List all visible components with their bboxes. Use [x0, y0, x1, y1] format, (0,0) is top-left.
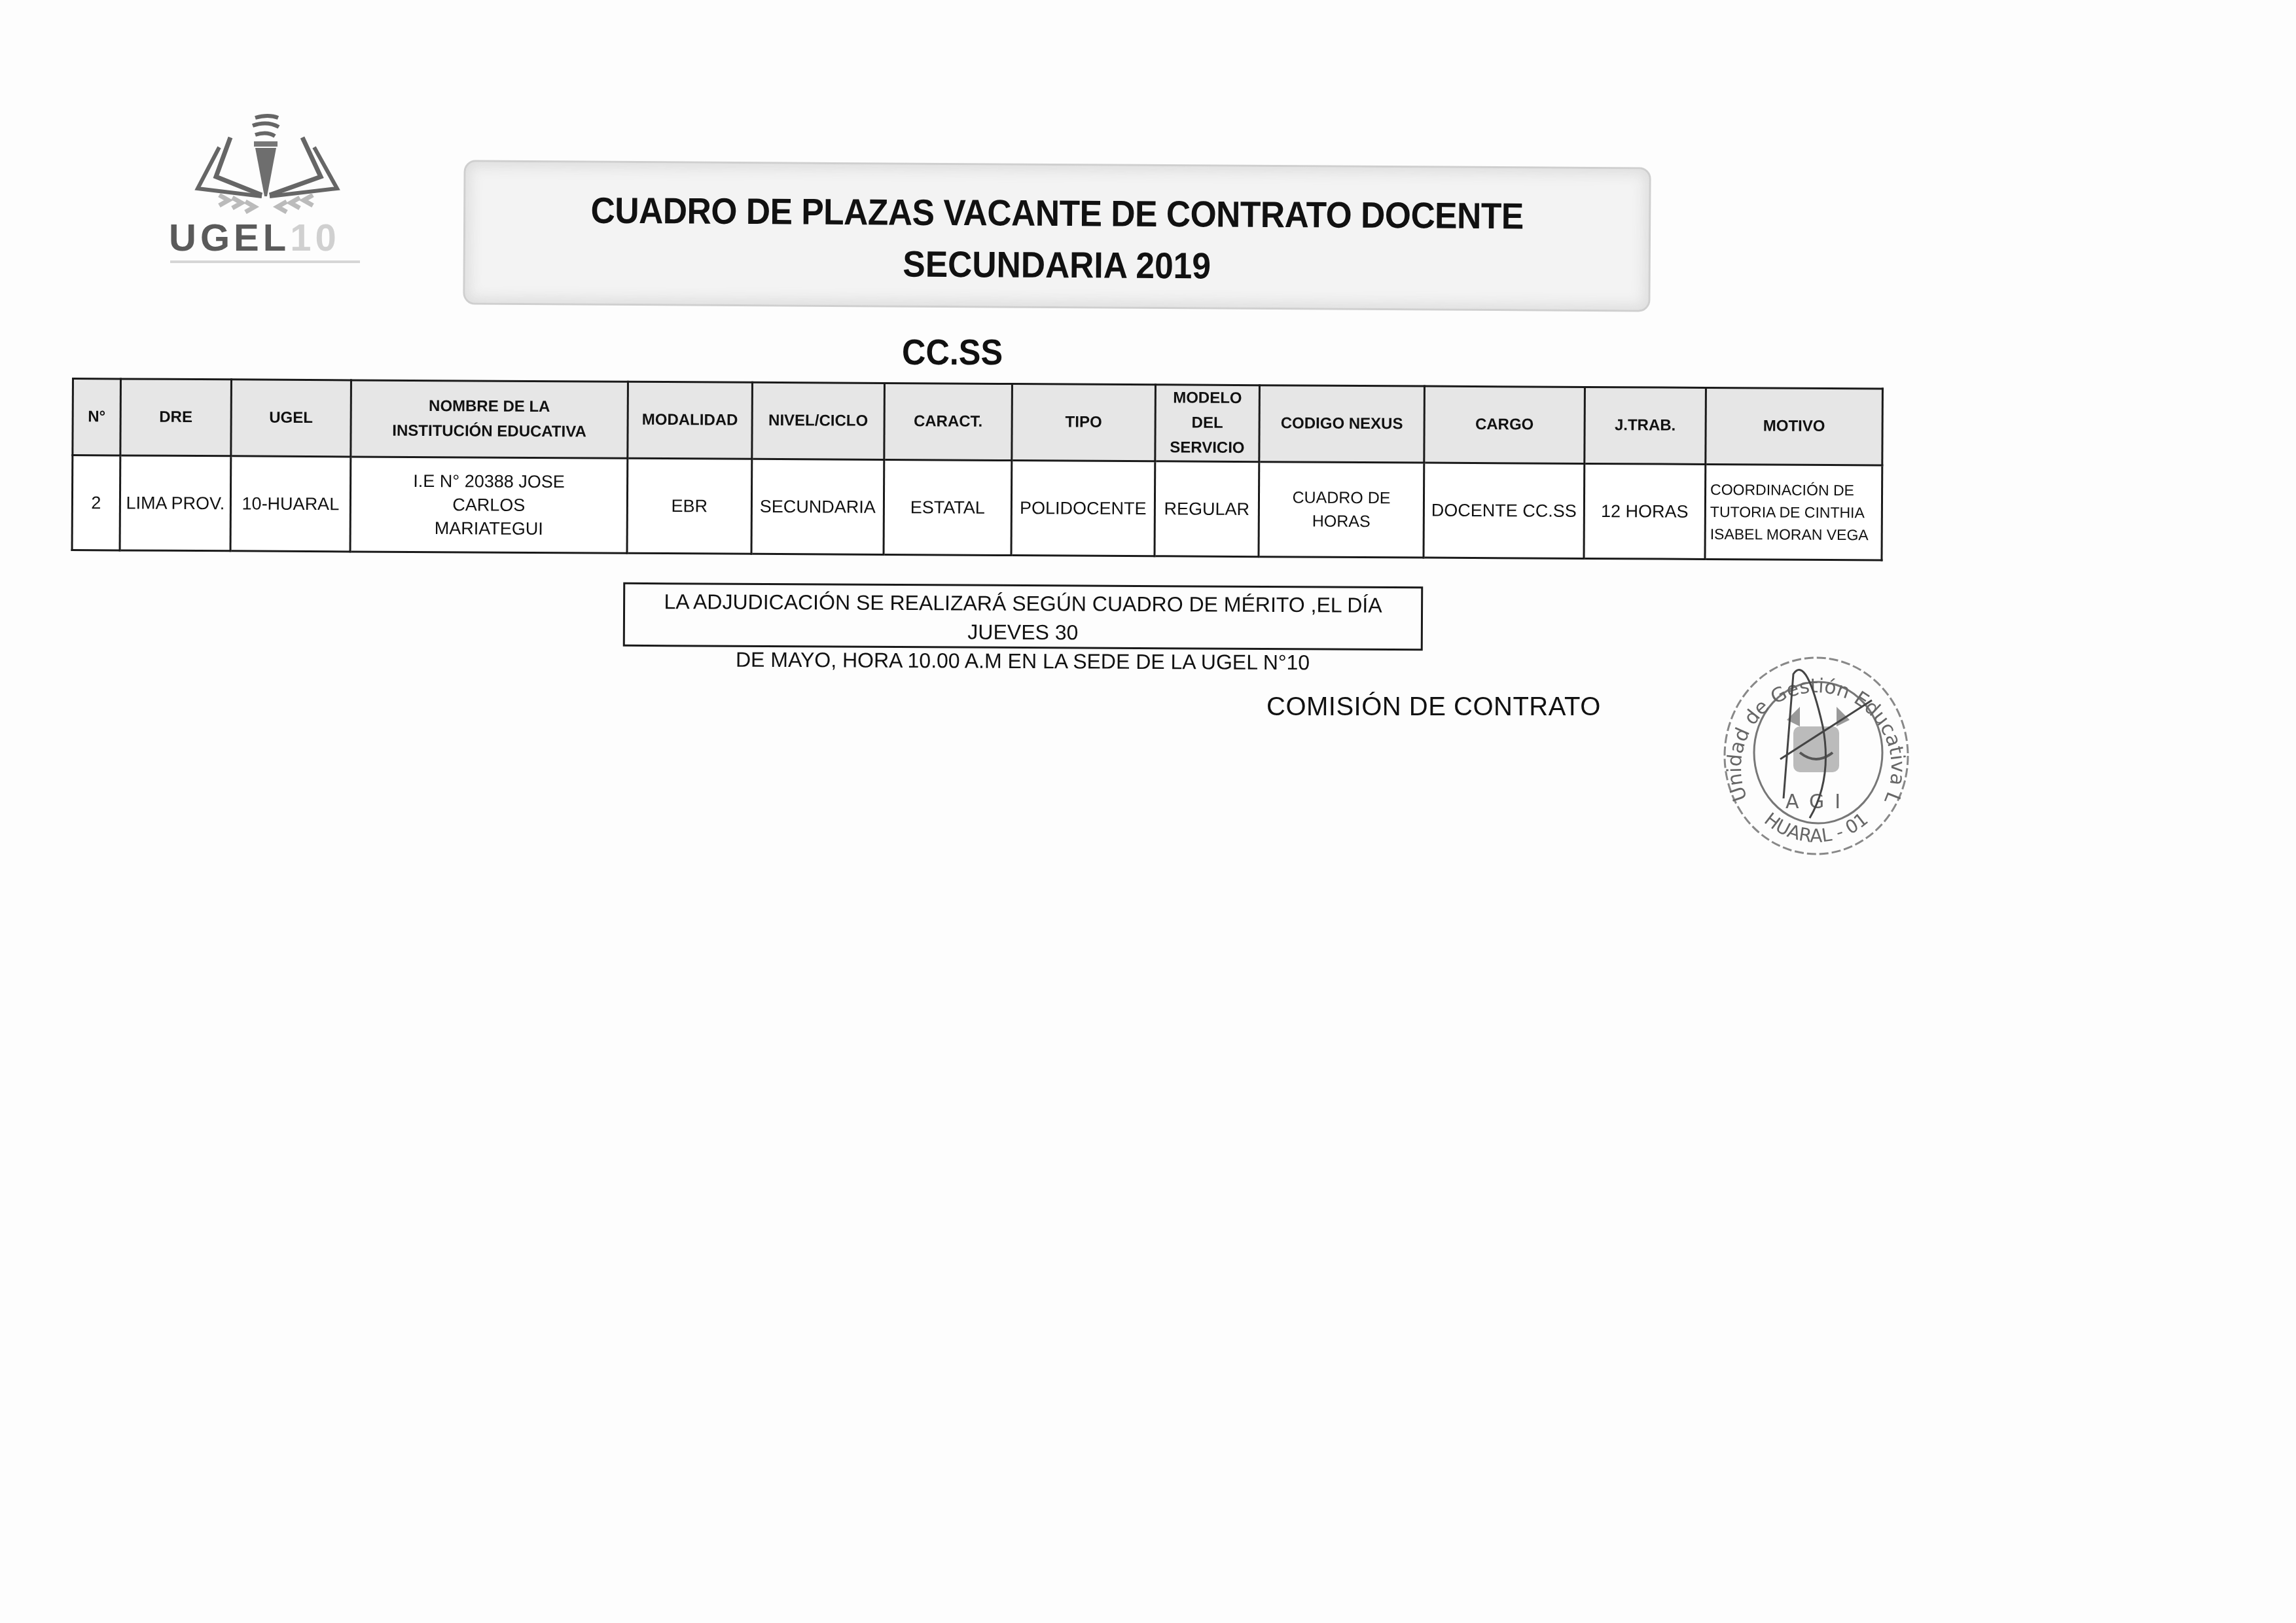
cell-cargo: DOCENTE CC.SS	[1424, 463, 1585, 558]
seal-icon: Unidad de Gestión Educativa Local N° 10 …	[1708, 648, 1924, 864]
official-seal: Unidad de Gestión Educativa Local N° 10 …	[1708, 648, 1924, 864]
cell-dre: LIMA PROV.	[120, 455, 231, 551]
col-header-dre: DRE	[120, 379, 232, 456]
col-header-n: N°	[73, 379, 121, 455]
cell-caract: ESTATAL	[884, 459, 1012, 555]
col-header-cargo: CARGO	[1424, 386, 1585, 463]
cell-modalidad: EBR	[627, 458, 752, 554]
table-header-row: N° DRE UGEL NOMBRE DE LA INSTITUCIÓN EDU…	[73, 379, 1883, 465]
cell-codigo-nexus: CUADRO DE HORAS	[1259, 462, 1424, 558]
col-header-ugel: UGEL	[231, 380, 351, 457]
vacancy-table-container: N° DRE UGEL NOMBRE DE LA INSTITUCIÓN EDU…	[71, 378, 1884, 561]
page-title: CUADRO DE PLAZAS VACANTE DE CONTRATO DOC…	[512, 188, 1602, 238]
cell-nivel-ciclo: SECUNDARIA	[751, 459, 884, 554]
col-header-caract: CARACT.	[884, 383, 1013, 460]
adjudication-notice: LA ADJUDICACIÓN SE REALIZARÁ SEGÚN CUADR…	[623, 582, 1423, 651]
col-header-codigo-nexus: CODIGO NEXUS	[1259, 385, 1425, 463]
cell-motivo: COORDINACIÓN DE TUTORIA DE CINTHIA ISABE…	[1705, 464, 1882, 560]
logo-text: UGEL	[169, 217, 290, 259]
section-label: CC.SS	[893, 330, 1011, 373]
seal-bottom-text: HUARAL - 01	[1761, 808, 1873, 847]
ugel-logo: UGEL10	[157, 111, 373, 275]
svg-text:HUARAL - 01: HUARAL - 01	[1761, 808, 1873, 847]
col-header-institucion: NOMBRE DE LA INSTITUCIÓN EDUCATIVA	[351, 380, 628, 458]
cell-modelo-servicio: REGULAR	[1155, 461, 1259, 557]
col-header-tipo: TIPO	[1012, 384, 1156, 461]
col-header-motivo: MOTIVO	[1706, 387, 1883, 465]
cell-institucion: I.E N° 20388 JOSE CARLOS MARIATEGUI	[350, 457, 628, 553]
col-header-modalidad: MODALIDAD	[628, 382, 753, 459]
title-banner: CUADRO DE PLAZAS VACANTE DE CONTRATO DOC…	[463, 160, 1651, 312]
signature-label: COMISIÓN DE CONTRATO	[1266, 692, 1601, 722]
col-header-j-trab: J.TRAB.	[1585, 387, 1706, 464]
cell-n: 2	[72, 455, 120, 550]
cell-j-trab: 12 HORAS	[1584, 463, 1706, 559]
col-header-nivel-ciclo: NIVEL/CICLO	[752, 382, 885, 459]
table-row: 2 LIMA PROV. 10-HUARAL I.E N° 20388 JOSE…	[72, 455, 1882, 560]
col-header-modelo-servicio: MODELO DEL SERVICIO	[1155, 385, 1260, 462]
notice-line-1: LA ADJUDICACIÓN SE REALIZARÁ SEGÚN CUADR…	[625, 587, 1421, 649]
vacancy-table: N° DRE UGEL NOMBRE DE LA INSTITUCIÓN EDU…	[71, 378, 1884, 561]
notice-line-2: DE MAYO, HORA 10.00 A.M EN LA SEDE DE LA…	[625, 645, 1421, 677]
page-subtitle: SECUNDARIA 2019	[512, 240, 1602, 289]
cell-ugel: 10-HUARAL	[230, 456, 351, 552]
cell-tipo: POLIDOCENTE	[1011, 461, 1155, 556]
logo-number: 10	[290, 217, 340, 259]
logo-tagline	[170, 260, 360, 263]
